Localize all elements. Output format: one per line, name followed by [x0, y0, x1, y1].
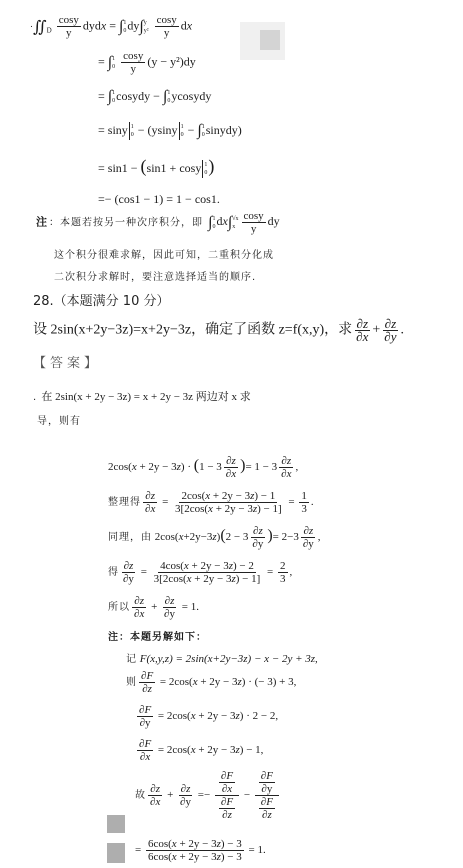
solution-eq-3: 同理，由 2cos(x+2y−3z)(2 − 3∂z∂y)= 2−3∂z∂y, [108, 525, 321, 550]
redaction-box [107, 815, 125, 833]
prev-solution-line-6: =− (cos1 − 1) = 1 − cos1. [98, 192, 220, 207]
solution-alt-5: 故∂z∂x + ∂z∂y =− ∂F∂x∂F∂z − ∂F∂y∂F∂z [135, 770, 281, 821]
problem-statement-prefix: 设 2sin(x+2y−3z)=x+2y−3z，确定了函数 z=f(x,y)，求 [33, 323, 352, 338]
solution-intro-2: 导，则有 [37, 412, 81, 427]
solution-intro-1: . 在 2sin(x + 2y − 3z) = x + 2y − 3z 两边对 … [33, 388, 251, 404]
solution-alt-4: ∂F∂x = 2cos(x + 2y − 3z) − 1, [135, 738, 263, 763]
solution-alt-1: 记 F(x,y,z) = 2sin(x+2y−3z) − x − 2y + 3z… [126, 650, 318, 665]
solution-eq-1: 2cos(x + 2y − 3z) · (1 − 3∂z∂x)= 1 − 3∂z… [108, 455, 298, 480]
prev-note-line-1: 注：本题若按另一种次序积分，即 ∫10dx∫√xxcosyydy [36, 210, 280, 235]
solution-eq-2: 整理得∂z∂x = 2cos(x + 2y − 3z) − 13[2cos(x … [108, 490, 314, 515]
watermark-blob-2 [260, 30, 280, 50]
solution-alt-2: 则∂F∂z = 2cos(x + 2y − 3z) · (− 3) + 3, [126, 670, 296, 695]
prev-note-line-3: 二次积分求解时，要注意选择适当的顺序. [54, 268, 256, 283]
redaction-box-2 [107, 843, 125, 863]
prev-note-line-2: 这个积分很难求解，因此可知，二重积分化成 [54, 246, 274, 261]
prev-solution-line-5: = sin1 − (sin1 + cosy10) [98, 156, 214, 178]
problem-number: 28.（本题满分 10 分） [33, 290, 169, 309]
prev-solution-line-2: = ∫10 cosyy(y − y²)dy [98, 50, 196, 75]
prev-solution-line-3: = ∫10cosydy − ∫10ycosydy [98, 88, 211, 106]
solution-note-label: 注：本题另解如下： [108, 628, 207, 643]
answer-tag: 【答案】 [33, 352, 101, 371]
solution-eq-5: 所以∂z∂x + ∂z∂y = 1. [108, 595, 199, 620]
prev-solution-line-1: ·∬D cosyydydx = ∫10dy∫yy² cosyydx [30, 14, 192, 39]
solution-alt-3: ∂F∂y = 2cos(x + 2y − 3z) · 2 − 2, [135, 704, 278, 729]
prev-solution-line-4: = siny10 − (ysiny10 − ∫10sinydy) [98, 122, 242, 140]
solution-alt-6: = 6cos(x + 2y − 3z) − 36cos(x + 2y − 3z)… [135, 838, 266, 863]
solution-eq-4: 得∂z∂y = 4cos(x + 2y − 3z) − 23[2cos(x + … [108, 560, 292, 585]
problem-statement: 设 2sin(x+2y−3z)=x+2y−3z，确定了函数 z=f(x,y)，求… [33, 318, 404, 343]
